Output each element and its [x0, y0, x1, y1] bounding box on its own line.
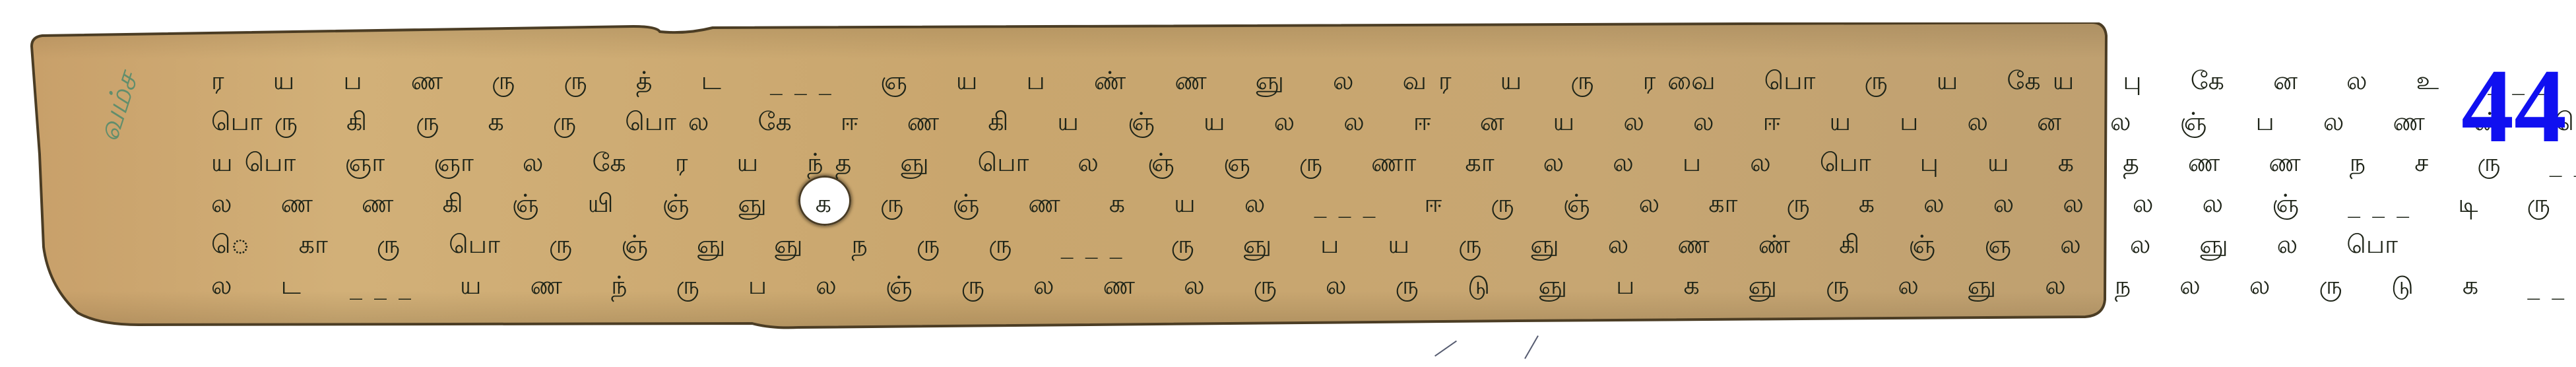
- manuscript-line-4: ல ண ண கி ஞ் யி ஞ் ஞு க ரு ஞ் ண க ய ல ___…: [211, 185, 2576, 222]
- manuscript-line-6: ல ட ___ ய ண ந் ரு ப ல ஞ் ரு ல ண ல ரு ல ர…: [211, 267, 2576, 304]
- page-number: 44: [2461, 66, 2567, 145]
- manuscript-page: வம்ச ர ய ப ண ரு ரு த் ட ___ ஞ ய ப ண் ண ஞ…: [0, 0, 2576, 367]
- manuscript-line-5: ெ கா ரு பொ ரு ஞ் ஞு ஞு ந ரு ரு ___ ரு ஞு…: [211, 226, 2410, 263]
- palm-leaf: வம்ச ர ய ப ண ரு ரு த் ட ___ ஞ ய ப ண் ண ஞ…: [26, 22, 2131, 333]
- manuscript-line-2: பொரு கி ரு க ரு பொல கே ஈ ண கி ய ஞ் ய ல ல…: [211, 103, 2576, 140]
- manuscript-line-1: ர ய ப ண ரு ரு த் ட ___ ஞ ய ப ண் ண ஞு ல வ…: [211, 62, 2576, 99]
- stray-fiber-mark: [1434, 341, 1457, 357]
- manuscript-line-3: யபொ ஞா ஞா ல கே ர ய ந்த ஞு பொ ல ஞ் ஞ ரு ண…: [211, 144, 2576, 181]
- stray-fiber-mark: [1524, 335, 1539, 359]
